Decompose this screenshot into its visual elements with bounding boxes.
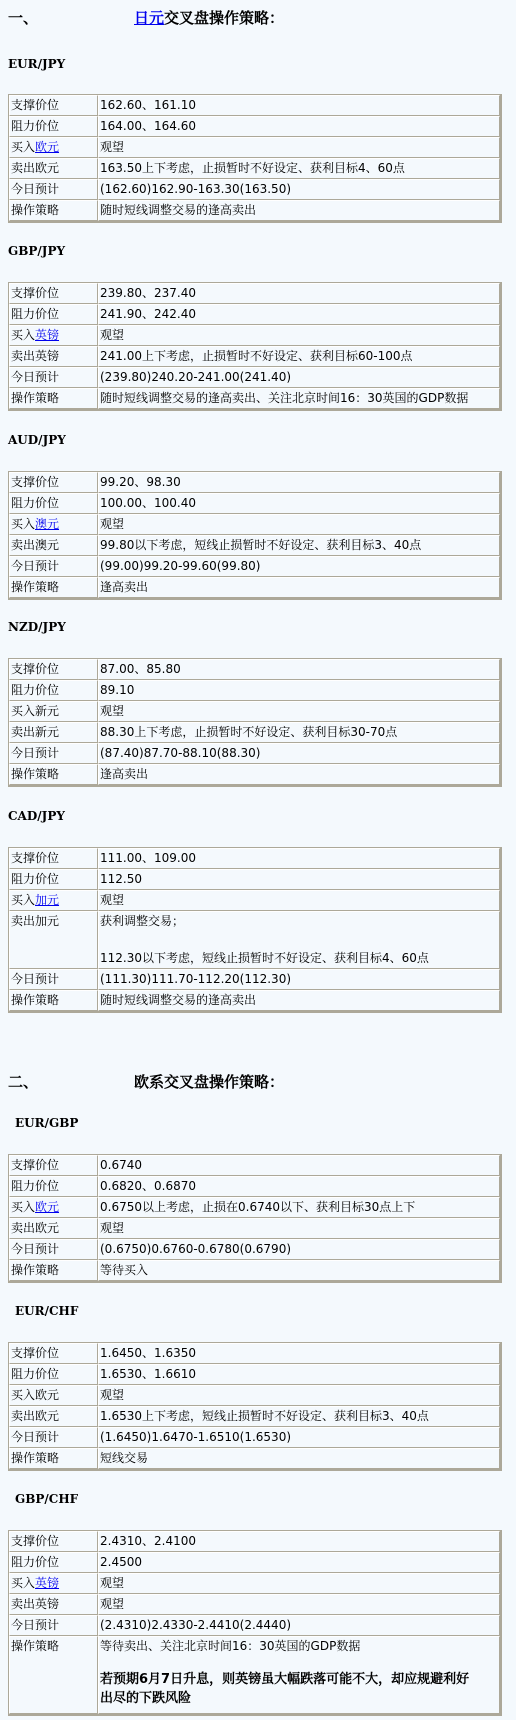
- table-row: 操作策略随时短线调整交易的逢高卖出: [9, 200, 500, 221]
- row-value: (87.40)87.70-88.10(88.30): [98, 743, 500, 764]
- row-value: 241.90、242.40: [98, 304, 500, 325]
- table-row: 支撑价位99.20、98.30: [9, 472, 500, 493]
- strategy-table-eur-chf: 支撑价位1.6450、1.6350 阻力价位1.6530、1.6610 买入欧元…: [8, 1342, 502, 1471]
- row-value: 0.6820、0.6870: [98, 1176, 500, 1197]
- row-label: 买入欧元: [9, 1197, 98, 1218]
- value-line-2: 112.30以下考虑，短线止损暂时不好设定、获利目标4、60点: [100, 949, 499, 968]
- row-value: 99.80以下考虑，短线止损暂时不好设定、获利目标3、40点: [98, 535, 500, 556]
- row-label: 操作策略: [9, 764, 98, 785]
- row-value: 观望: [98, 514, 500, 535]
- row-label: 买入新元: [9, 701, 98, 722]
- row-value: 0.6750以上考虑，止损在0.6740以下、获利目标30点上下: [98, 1197, 500, 1218]
- row-label: 卖出英镑: [9, 1594, 98, 1615]
- table-row: 卖出澳元99.80以下考虑，短线止损暂时不好设定、获利目标3、40点: [9, 535, 500, 556]
- table-row: 支撑价位1.6450、1.6350: [9, 1343, 500, 1364]
- table-row: 支撑价位87.00、85.80: [9, 659, 500, 680]
- row-value: (1.6450)1.6470-1.6510(1.6530): [98, 1427, 500, 1448]
- strategy-table-gbp-jpy: 支撑价位239.80、237.40 阻力价位241.90、242.40 买入英镑…: [8, 282, 502, 411]
- row-label: 卖出欧元: [9, 1218, 98, 1239]
- euro-link[interactable]: 欧元: [35, 1200, 59, 1214]
- table-row: 操作策略等待买入: [9, 1260, 500, 1281]
- table-row: 卖出新元88.30上下考虑，止损暂时不好设定、获利目标30-70点: [9, 722, 500, 743]
- euro-link[interactable]: 欧元: [35, 140, 59, 154]
- table-row: 支撑价位0.6740: [9, 1155, 500, 1176]
- row-value: 112.50: [98, 869, 500, 890]
- risk-warning: 若预期6月7日升息，则英镑虽大幅跌落可能不大，却应规避利好出尽的下跌风险: [100, 1670, 499, 1708]
- row-label: 阻力价位: [9, 869, 98, 890]
- row-label: 今日预计: [9, 179, 98, 200]
- row-value: 241.00上下考虑，止损暂时不好设定、获利目标60-100点: [98, 346, 500, 367]
- row-value: (2.4310)2.4330-2.4410(2.4440): [98, 1615, 500, 1636]
- row-value: 随时短线调整交易的逢高卖出: [98, 990, 500, 1011]
- row-label: 阻力价位: [9, 116, 98, 137]
- pair-heading-eur-chf: EUR/CHF: [15, 1303, 78, 1319]
- row-value: 观望: [98, 701, 500, 722]
- row-value: 88.30上下考虑，止损暂时不好设定、获利目标30-70点: [98, 722, 500, 743]
- row-value: 89.10: [98, 680, 500, 701]
- label-prefix: 买入: [11, 517, 35, 531]
- table-row: 操作策略随时短线调整交易的逢高卖出: [9, 990, 500, 1011]
- row-label: 今日预计: [9, 969, 98, 990]
- pound-link[interactable]: 英镑: [35, 1576, 59, 1590]
- strategy-table-aud-jpy: 支撑价位99.20、98.30 阻力价位100.00、100.40 买入澳元观望…: [8, 471, 502, 600]
- row-value: 观望: [98, 325, 500, 346]
- row-label: 操作策略: [9, 990, 98, 1011]
- table-row: 今日预计(0.6750)0.6760-0.6780(0.6790): [9, 1239, 500, 1260]
- row-label: 卖出欧元: [9, 158, 98, 179]
- yen-link[interactable]: 日元: [134, 9, 164, 27]
- table-row: 今日预计(162.60)162.90-163.30(163.50): [9, 179, 500, 200]
- row-label: 今日预计: [9, 1427, 98, 1448]
- label-prefix: 买入: [11, 328, 35, 342]
- row-label: 操作策略: [9, 1636, 98, 1714]
- row-value: 观望: [98, 1385, 500, 1406]
- table-row: 卖出欧元1.6530上下考虑，短线止损暂时不好设定、获利目标3、40点: [9, 1406, 500, 1427]
- table-row: 买入英镑观望: [9, 1573, 500, 1594]
- section-number: 一、: [8, 8, 38, 28]
- table-row: 阻力价位2.4500: [9, 1552, 500, 1573]
- cad-link[interactable]: 加元: [35, 893, 59, 907]
- table-row: 阻力价位112.50: [9, 869, 500, 890]
- pair-heading-nzd-jpy: NZD/JPY: [8, 619, 66, 635]
- table-row: 买入加元观望: [9, 890, 500, 911]
- table-row: 阻力价位164.00、164.60: [9, 116, 500, 137]
- row-label: 支撑价位: [9, 848, 98, 869]
- row-label: 支撑价位: [9, 1531, 98, 1552]
- label-prefix: 买入: [11, 893, 35, 907]
- row-label: 支撑价位: [9, 1155, 98, 1176]
- row-value: 162.60、161.10: [98, 95, 500, 116]
- table-row: 操作策略等待卖出、关注北京时间16：30英国的GDP数据若预期6月7日升息，则英…: [9, 1636, 500, 1714]
- row-value: (239.80)240.20-241.00(241.40): [98, 367, 500, 388]
- row-label: 今日预计: [9, 556, 98, 577]
- pair-heading-aud-jpy: AUD/JPY: [8, 432, 66, 448]
- row-label: 买入欧元: [9, 137, 98, 158]
- row-label: 支撑价位: [9, 95, 98, 116]
- row-value: 随时短线调整交易的逢高卖出、关注北京时间16：30英国的GDP数据: [98, 388, 500, 409]
- table-row: 支撑价位162.60、161.10: [9, 95, 500, 116]
- row-label: 买入英镑: [9, 325, 98, 346]
- row-label: 今日预计: [9, 1239, 98, 1260]
- table-row: 今日预计(2.4310)2.4330-2.4410(2.4440): [9, 1615, 500, 1636]
- row-label: 买入澳元: [9, 514, 98, 535]
- row-value: 0.6740: [98, 1155, 500, 1176]
- pair-heading-gbp-jpy: GBP/JPY: [8, 243, 65, 259]
- table-row: 卖出英镑观望: [9, 1594, 500, 1615]
- table-row: 操作策略短线交易: [9, 1448, 500, 1469]
- row-label: 阻力价位: [9, 680, 98, 701]
- table-row: 阻力价位89.10: [9, 680, 500, 701]
- row-label: 今日预计: [9, 1615, 98, 1636]
- strategy-table-cad-jpy: 支撑价位111.00、109.00 阻力价位112.50 买入加元观望 卖出加元…: [8, 847, 502, 1013]
- row-label: 阻力价位: [9, 1176, 98, 1197]
- row-label: 操作策略: [9, 1448, 98, 1469]
- section-title-text: 欧系交叉盘操作策略：: [134, 1072, 284, 1092]
- table-row: 买入欧元观望: [9, 137, 500, 158]
- row-value: 逢高卖出: [98, 764, 500, 785]
- row-label: 卖出英镑: [9, 346, 98, 367]
- row-value: 2.4310、2.4100: [98, 1531, 500, 1552]
- table-row: 买入澳元观望: [9, 514, 500, 535]
- table-row: 今日预计(239.80)240.20-241.00(241.40): [9, 367, 500, 388]
- row-value: 观望: [98, 137, 500, 158]
- strategy-table-eur-gbp: 支撑价位0.6740 阻力价位0.6820、0.6870 买入欧元0.6750以…: [8, 1154, 502, 1283]
- row-label: 操作策略: [9, 577, 98, 598]
- row-value: 观望: [98, 1573, 500, 1594]
- row-value: (111.30)111.70-112.20(112.30): [98, 969, 500, 990]
- table-row: 买入欧元0.6750以上考虑，止损在0.6740以下、获利目标30点上下: [9, 1197, 500, 1218]
- table-row: 支撑价位239.80、237.40: [9, 283, 500, 304]
- row-label: 阻力价位: [9, 493, 98, 514]
- row-value: 观望: [98, 1594, 500, 1615]
- row-value: 逢高卖出: [98, 577, 500, 598]
- row-label: 阻力价位: [9, 1552, 98, 1573]
- row-label: 支撑价位: [9, 472, 98, 493]
- table-row: 卖出英镑241.00上下考虑，止损暂时不好设定、获利目标60-100点: [9, 346, 500, 367]
- row-value: (162.60)162.90-163.30(163.50): [98, 179, 500, 200]
- row-value: 随时短线调整交易的逢高卖出: [98, 200, 500, 221]
- row-value: 等待卖出、关注北京时间16：30英国的GDP数据若预期6月7日升息，则英镑虽大幅…: [98, 1636, 500, 1714]
- row-label: 支撑价位: [9, 1343, 98, 1364]
- row-label: 买入英镑: [9, 1573, 98, 1594]
- row-label: 卖出新元: [9, 722, 98, 743]
- row-value: 观望: [98, 890, 500, 911]
- pair-heading-eur-jpy: EUR/JPY: [8, 56, 65, 72]
- row-value: 164.00、164.60: [98, 116, 500, 137]
- value-line-1: 获利调整交易；: [100, 912, 499, 931]
- row-value: 239.80、237.40: [98, 283, 500, 304]
- table-row: 今日预计(111.30)111.70-112.20(112.30): [9, 969, 500, 990]
- pair-heading-gbp-chf: GBP/CHF: [15, 1491, 78, 1507]
- pound-link[interactable]: 英镑: [35, 328, 59, 342]
- row-label: 今日预计: [9, 743, 98, 764]
- row-label: 支撑价位: [9, 283, 98, 304]
- label-prefix: 买入: [11, 140, 35, 154]
- row-value: 短线交易: [98, 1448, 500, 1469]
- table-row: 今日预计(1.6450)1.6470-1.6510(1.6530): [9, 1427, 500, 1448]
- row-value: 2.4500: [98, 1552, 500, 1573]
- aud-link[interactable]: 澳元: [35, 517, 59, 531]
- table-row: 阻力价位241.90、242.40: [9, 304, 500, 325]
- row-value: 111.00、109.00: [98, 848, 500, 869]
- label-prefix: 买入: [11, 1200, 35, 1214]
- table-row: 卖出加元获利调整交易；112.30以下考虑，短线止损暂时不好设定、获利目标4、6…: [9, 911, 500, 969]
- table-row: 阻力价位0.6820、0.6870: [9, 1176, 500, 1197]
- row-label: 操作策略: [9, 1260, 98, 1281]
- table-row: 阻力价位1.6530、1.6610: [9, 1364, 500, 1385]
- row-label: 今日预计: [9, 367, 98, 388]
- strategy-table-eur-jpy: 支撑价位162.60、161.10 阻力价位164.00、164.60 买入欧元…: [8, 94, 502, 223]
- row-value: 获利调整交易；112.30以下考虑，短线止损暂时不好设定、获利目标4、60点: [98, 911, 500, 969]
- row-label: 卖出加元: [9, 911, 98, 969]
- row-label: 支撑价位: [9, 659, 98, 680]
- row-value: 1.6450、1.6350: [98, 1343, 500, 1364]
- row-label: 买入欧元: [9, 1385, 98, 1406]
- row-value: 1.6530上下考虑，短线止损暂时不好设定、获利目标3、40点: [98, 1406, 500, 1427]
- table-row: 操作策略逢高卖出: [9, 764, 500, 785]
- row-value: 1.6530、1.6610: [98, 1364, 500, 1385]
- table-row: 操作策略逢高卖出: [9, 577, 500, 598]
- table-row: 买入新元观望: [9, 701, 500, 722]
- table-row: 阻力价位100.00、100.40: [9, 493, 500, 514]
- row-value: 163.50上下考虑，止损暂时不好设定、获利目标4、60点: [98, 158, 500, 179]
- table-row: 支撑价位2.4310、2.4100: [9, 1531, 500, 1552]
- row-value: 100.00、100.40: [98, 493, 500, 514]
- strategy-table-nzd-jpy: 支撑价位87.00、85.80 阻力价位89.10 买入新元观望 卖出新元88.…: [8, 658, 502, 787]
- table-row: 今日预计(87.40)87.70-88.10(88.30): [9, 743, 500, 764]
- row-value: (99.00)99.20-99.60(99.80): [98, 556, 500, 577]
- pair-heading-cad-jpy: CAD/JPY: [8, 808, 65, 824]
- table-row: 卖出欧元观望: [9, 1218, 500, 1239]
- table-row: 今日预计(99.00)99.20-99.60(99.80): [9, 556, 500, 577]
- section-number: 二、: [8, 1072, 38, 1092]
- row-value: (0.6750)0.6760-0.6780(0.6790): [98, 1239, 500, 1260]
- section-title-text: 交叉盘操作策略：: [164, 9, 284, 27]
- value-line-1: 等待卖出、关注北京时间16：30英国的GDP数据: [100, 1637, 499, 1656]
- row-value: 观望: [98, 1218, 500, 1239]
- row-label: 买入加元: [9, 890, 98, 911]
- row-label: 卖出澳元: [9, 535, 98, 556]
- row-label: 卖出欧元: [9, 1406, 98, 1427]
- label-prefix: 买入: [11, 1576, 35, 1590]
- row-label: 阻力价位: [9, 304, 98, 325]
- row-value: 等待买入: [98, 1260, 500, 1281]
- strategy-table-gbp-chf: 支撑价位2.4310、2.4100 阻力价位2.4500 买入英镑观望 卖出英镑…: [8, 1530, 502, 1716]
- row-value: 99.20、98.30: [98, 472, 500, 493]
- table-row: 卖出欧元163.50上下考虑，止损暂时不好设定、获利目标4、60点: [9, 158, 500, 179]
- table-row: 操作策略随时短线调整交易的逢高卖出、关注北京时间16：30英国的GDP数据: [9, 388, 500, 409]
- row-label: 阻力价位: [9, 1364, 98, 1385]
- table-row: 买入欧元观望: [9, 1385, 500, 1406]
- pair-heading-eur-gbp: EUR/GBP: [15, 1115, 78, 1131]
- row-label: 操作策略: [9, 200, 98, 221]
- table-row: 支撑价位111.00、109.00: [9, 848, 500, 869]
- row-label: 操作策略: [9, 388, 98, 409]
- table-row: 买入英镑观望: [9, 325, 500, 346]
- row-value: 87.00、85.80: [98, 659, 500, 680]
